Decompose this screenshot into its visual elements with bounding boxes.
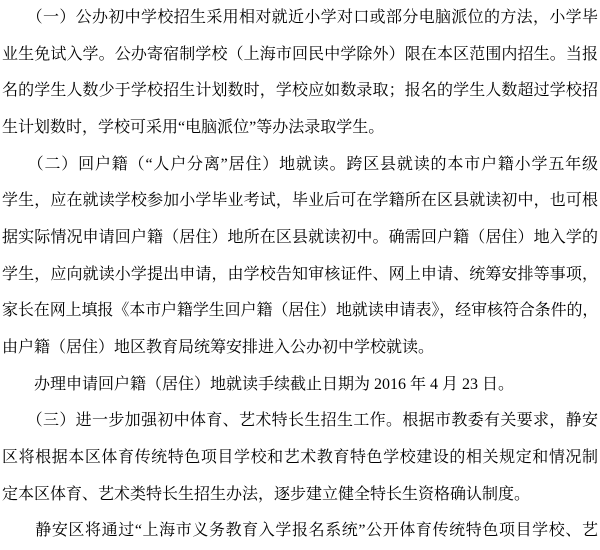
text-line: （二）回户籍（“人户分离”居住）地就读。跨区县就读的本市户籍小学五年级 [2, 147, 598, 184]
text-line: 学生，应向就读小学提出申请，由学校告知审核证件、网上申请、统筹安排等事项， [2, 257, 598, 294]
text-line: 学生，应在就读学校参加小学毕业考试，毕业后可在学籍所在区县就读初中，也可根 [2, 183, 598, 220]
text-line: 办理申请回户籍（居住）地就读手续截止日期为 2016 年 4 月 23 日。 [2, 367, 598, 404]
document-page: （一）公办初中学校招生采用相对就近小学对口或部分电脑派位的方法，小学毕业生免试入… [0, 0, 600, 550]
text-line: 由户籍（居住）地区教育局统筹安排进入公办初中学校就读。 [2, 330, 598, 367]
text-line: 据实际情况申请回户籍（居住）地所在区县就读初中。确需回户籍（居住）地入学的 [2, 220, 598, 257]
text-line: （三）进一步加强初中体育、艺术特长生招生工作。根据市教委有关要求，静安 [2, 403, 598, 440]
text-line: 静安区将通过“上海市义务教育入学报名系统”公开体育传统特色项目学校、艺 [2, 513, 598, 550]
text-line: 业生免试入学。公办寄宿制学校（上海市回民中学除外）限在本区范围内招生。当报 [2, 37, 598, 74]
text-line: 定本区体育、艺术类特长生招生办法，逐步建立健全特长生资格确认制度。 [2, 477, 598, 514]
text-line: 生计划数时，学校可采用“电脑派位”等办法录取学生。 [2, 110, 598, 147]
text-line: （一）公办初中学校招生采用相对就近小学对口或部分电脑派位的方法，小学毕 [2, 0, 598, 37]
text-line: 家长在网上填报《本市户籍学生回户籍（居住）地就读申请表》，经审核符合条件的， [2, 293, 598, 330]
text-line: 区将根据本区体育传统特色项目学校和艺术教育特色学校建设的相关规定和情况制 [2, 440, 598, 477]
text-line: 名的学生人数少于学校招生计划数时，学校应如数录取；报名的学生人数超过学校招 [2, 73, 598, 110]
